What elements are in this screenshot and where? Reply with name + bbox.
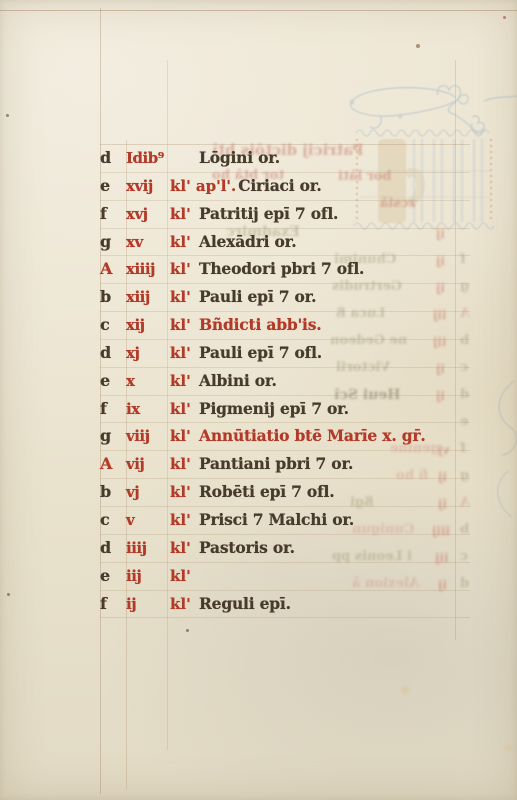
kalends-abbreviation: kl' (170, 479, 197, 506)
dominical-letter: f (100, 591, 126, 618)
feast-entry: Theodori pbri 7 ofl. (199, 256, 364, 283)
kalends-abbreviation: kl' (170, 423, 197, 450)
kalends-abbreviation: kl' (170, 340, 197, 367)
feast-entry: Prisci 7 Malchi or. (199, 507, 354, 534)
roman-numeral: viij (126, 423, 170, 450)
right-edge-penwork-bleed (486, 375, 517, 545)
kalends-abbreviation: kl' ap'l'. (170, 173, 236, 200)
feast-entry: Pauli epī 7 or. (199, 284, 316, 311)
feast-entry: Reguli epī. (199, 591, 291, 618)
calendar-row: g viij kl' Annūtiatio btē Marīe x. gr̄. (100, 423, 470, 451)
dominical-letter: e (100, 173, 126, 200)
feast-entry: Pastoris or. (199, 535, 295, 562)
roman-numeral: xj (126, 340, 170, 367)
feast-entry: Robēti epī 7 ofl. (199, 479, 334, 506)
feast-entry: Annūtiatio btē Marīe x. gr̄. (199, 423, 426, 450)
dominical-letter: f (100, 396, 126, 423)
calendar-row: f xvj kl' Patritij epī 7 ofl. (100, 201, 470, 229)
calendar-row: f ix kl' Pigmenij epī 7 or. (100, 396, 470, 424)
roman-numeral: vij (126, 451, 170, 478)
calendar-row: d xj kl' Pauli epī 7 ofl. (100, 340, 470, 368)
calendar-row: b xiij kl' Pauli epī 7 or. (100, 284, 470, 312)
kalends-abbreviation: kl' (170, 563, 197, 590)
calendar-row: A xiiij kl' Theodori pbri 7 ofl. (100, 256, 470, 284)
manuscript-page: Patricij dictōis htītor btā hobor lātizc… (0, 0, 517, 800)
top-ruling-line (0, 10, 517, 11)
parchment-speck (7, 593, 10, 596)
dominical-letter: A (100, 451, 126, 478)
dominical-letter: b (100, 479, 126, 506)
calendar-row: b vj kl' Robēti epī 7 ofl. (100, 479, 470, 507)
feast-entry: Bñdicti abb'is. (199, 312, 321, 339)
kalends-abbreviation: kl' (170, 312, 197, 339)
calendar-row: f ij kl' Reguli epī. (100, 591, 470, 619)
parchment-speck (505, 745, 511, 751)
calendar-row: g xv kl' Alexādri or. (100, 229, 470, 257)
dominical-letter: d (100, 340, 126, 367)
roman-numeral: v (126, 507, 170, 534)
roman-numeral: xv (126, 229, 170, 256)
dominical-letter: d (100, 145, 126, 172)
feast-entry: Patritij epī 7 ofl. (199, 201, 338, 228)
feast-entry: Pantiani pbri 7 or. (199, 451, 353, 478)
parchment-speck (401, 686, 409, 694)
parchment-speck (186, 629, 189, 632)
roman-numeral: ix (126, 396, 170, 423)
roman-numeral: x (126, 368, 170, 395)
feast-entry: Albini or. (199, 368, 277, 395)
penwork-curl-icon (498, 381, 517, 517)
kalends-abbreviation: kl' (170, 368, 197, 395)
roman-numeral: xij (126, 312, 170, 339)
feast-entry: Ciriaci or. (238, 173, 321, 200)
calendar-table: d Idib⁹ Lōgini or. e xvij kl' ap'l'. Cir… (100, 144, 470, 618)
dominical-letter: A (100, 256, 126, 283)
dominical-letter: f (100, 201, 126, 228)
dominical-letter: b (100, 284, 126, 311)
dominical-letter: g (100, 423, 126, 450)
kalends-abbreviation: kl' (170, 201, 197, 228)
dominical-letter: d (100, 535, 126, 562)
kalends-abbreviation: kl' (170, 535, 197, 562)
roman-numeral: vj (126, 479, 170, 506)
roman-numeral: iiij (126, 535, 170, 562)
calendar-row: e xvij kl' ap'l'. Ciriaci or. (100, 173, 470, 201)
feast-entry: Alexādri or. (199, 229, 296, 256)
kalends-abbreviation: kl' (170, 256, 197, 283)
feast-entry: Pigmenij epī 7 or. (199, 396, 349, 423)
feast-entry: Pauli epī 7 ofl. (199, 340, 322, 367)
calendar-row: c xij kl' Bñdicti abb'is. (100, 312, 470, 340)
roman-numeral: xiij (126, 284, 170, 311)
roman-numeral: iij (126, 563, 170, 590)
calendar-row: A vij kl' Pantiani pbri 7 or. (100, 451, 470, 479)
calendar-row: d Idib⁹ Lōgini or. (100, 145, 470, 173)
parchment-speck (6, 114, 9, 117)
calendar-row: d iiij kl' Pastoris or. (100, 535, 470, 563)
feast-entry: Lōgini or. (199, 145, 280, 172)
kalends-abbreviation: kl' (170, 451, 197, 478)
penwork-flourish-icon (350, 86, 517, 134)
roman-numeral: ij (126, 591, 170, 618)
dominical-letter: g (100, 229, 126, 256)
calendar-row: e x kl' Albini or. (100, 368, 470, 396)
calendar-row: c v kl' Prisci 7 Malchi or. (100, 507, 470, 535)
parchment-speck (503, 16, 506, 19)
kalends-abbreviation: kl' (170, 284, 197, 311)
roman-numeral: xvij (126, 173, 170, 200)
kalends-abbreviation: kl' (170, 591, 197, 618)
parchment-speck (416, 44, 420, 48)
kalends-abbreviation: kl' (170, 507, 197, 534)
dominical-letter: e (100, 368, 126, 395)
kalends-abbreviation: kl' (170, 229, 197, 256)
calendar-row: e iij kl' (100, 563, 470, 591)
dominical-letter: c (100, 312, 126, 339)
dominical-letter: c (100, 507, 126, 534)
roman-numeral: xiiij (126, 256, 170, 283)
kalends-abbreviation: kl' (170, 396, 197, 423)
dominical-letter: e (100, 563, 126, 590)
roman-numeral: Idib⁹ (126, 145, 170, 172)
roman-numeral: xvj (126, 201, 170, 228)
